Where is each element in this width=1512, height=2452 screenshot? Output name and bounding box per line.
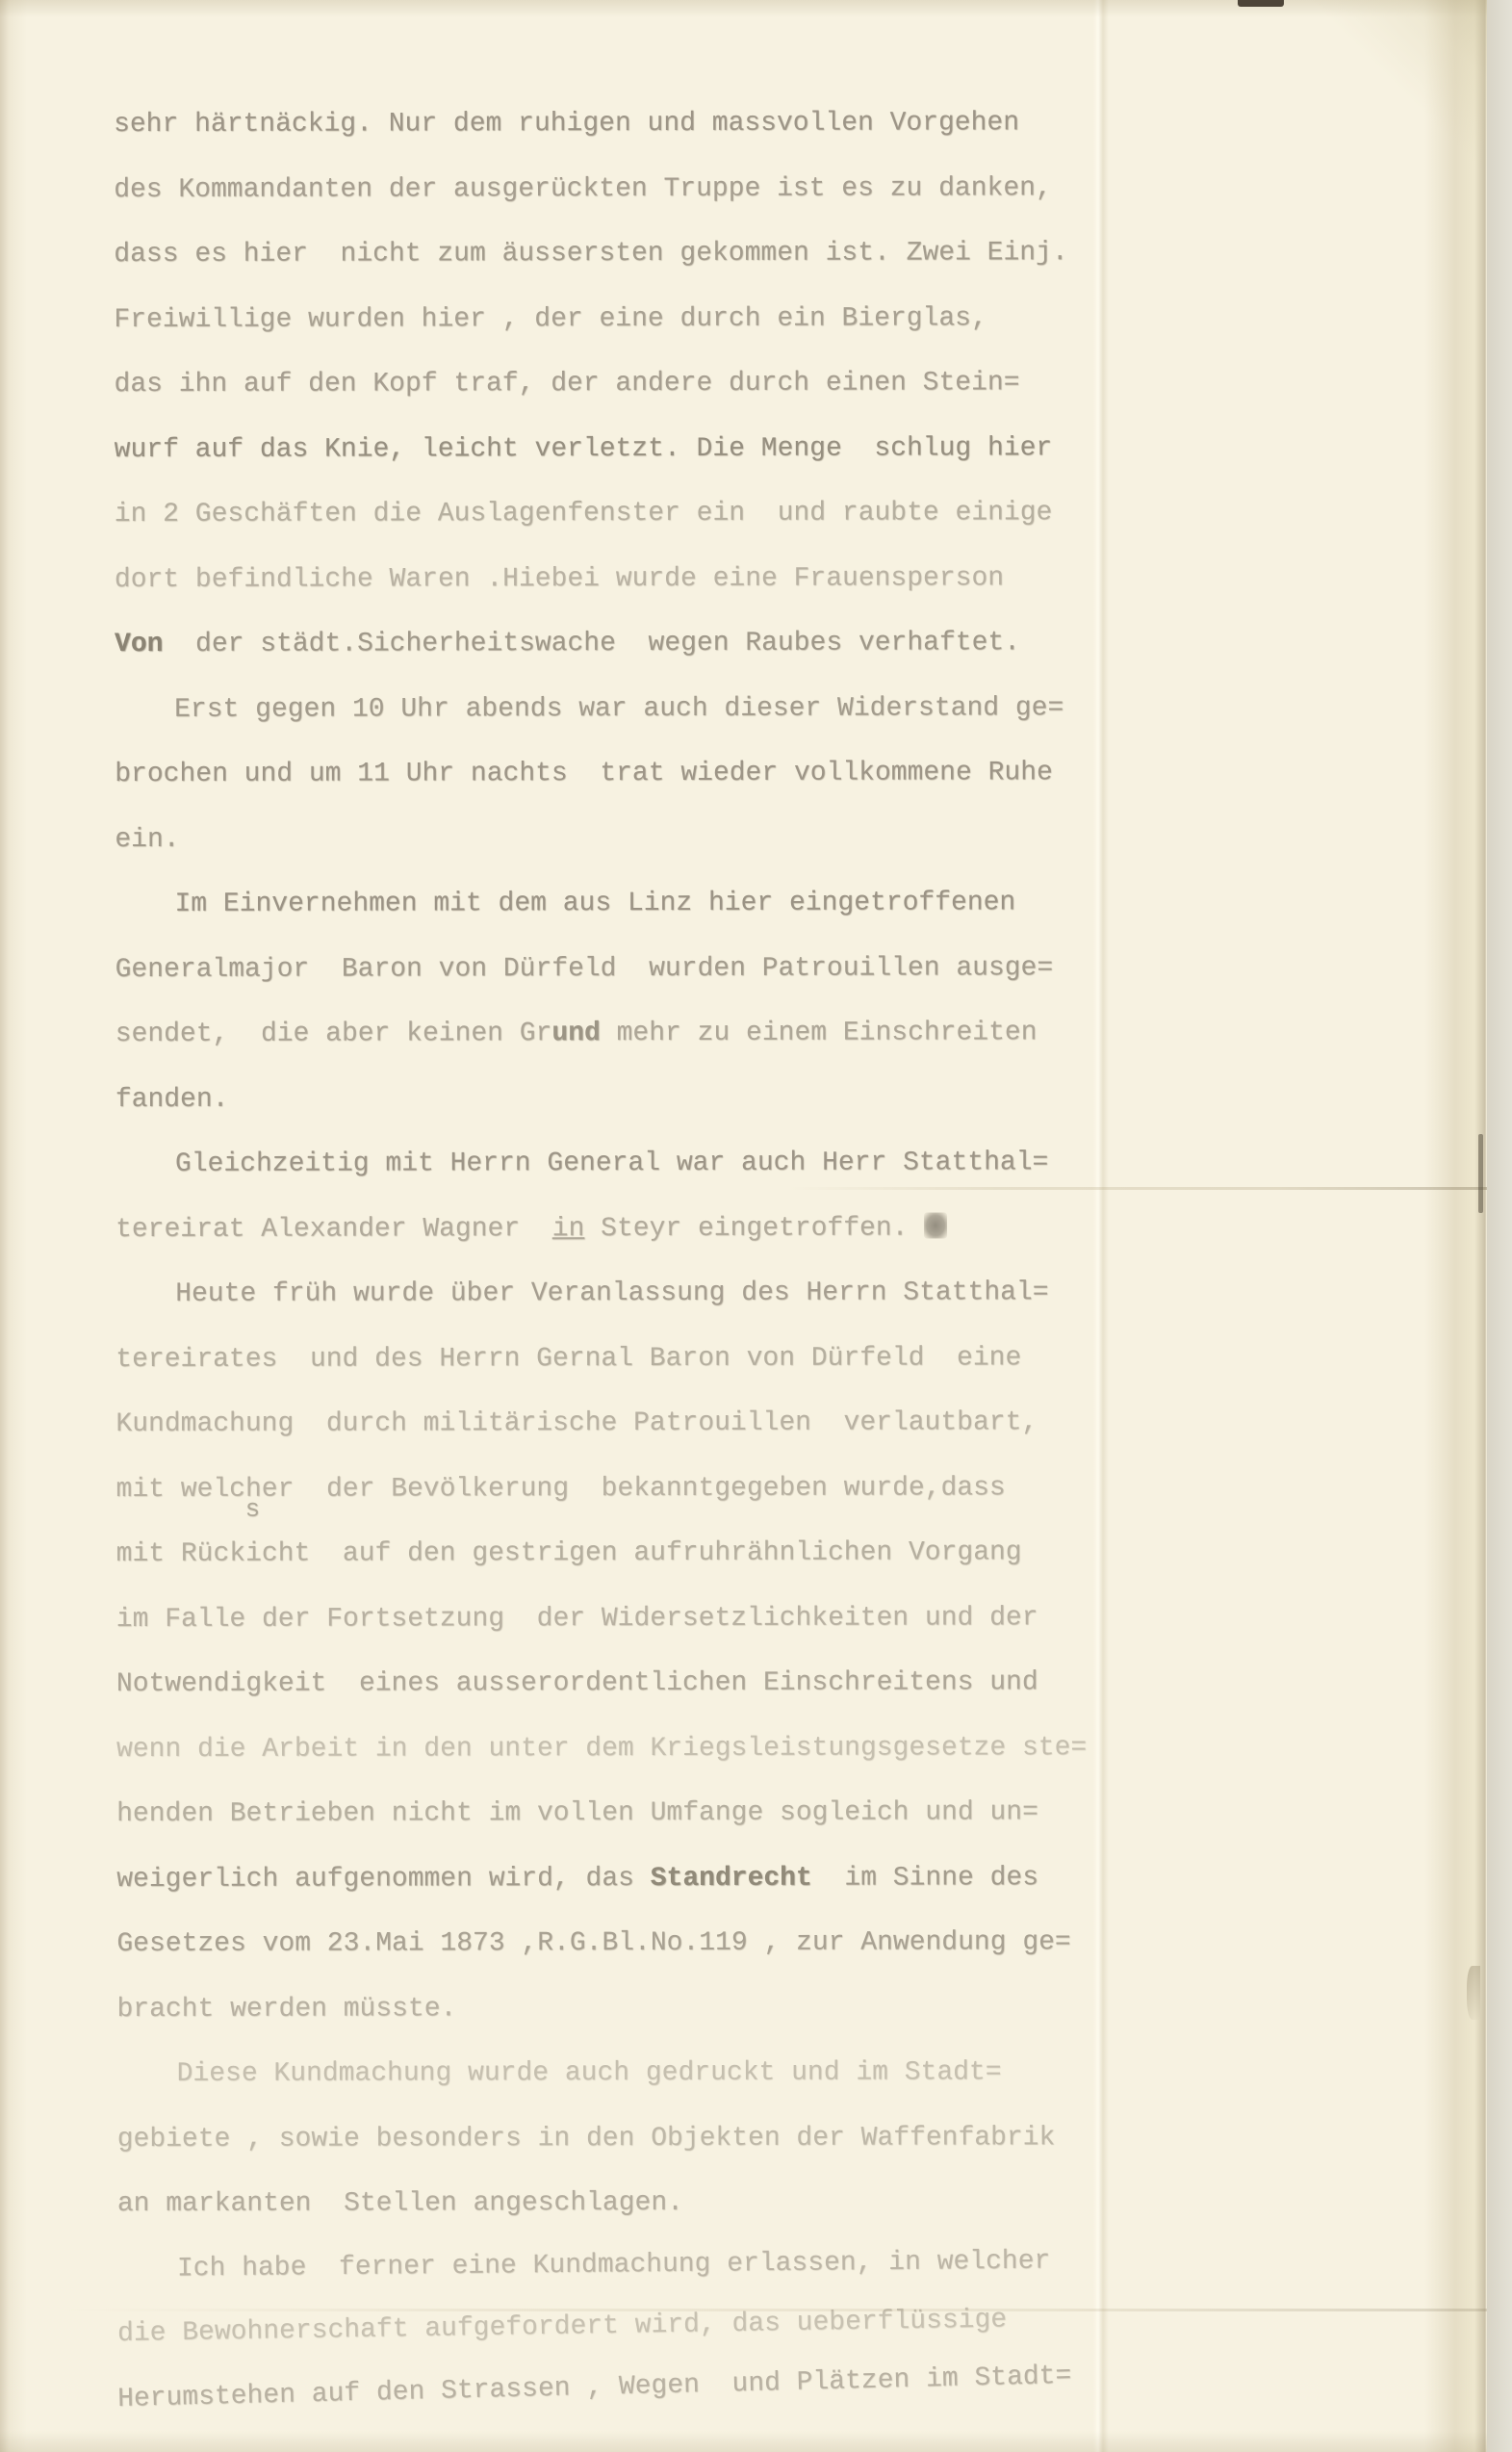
text-line: im Falle der Fortsetzung der Widersetzli… [116,1585,1397,1652]
text-segment: tereirat Alexander Wagner [115,1214,552,1245]
text-segment: wenn die Arbeit in den unter dem Kriegsl… [116,1733,1087,1765]
text-line: Von der städt.Sicherheitswache wegen Rau… [115,610,1395,678]
text-segment: das ihn auf den Kopf traf, der andere du… [115,368,1020,400]
typewritten-text: sehr härtnäckig. Nur dem ruhigen und mas… [114,90,1397,2432]
text-line: sendet, die aber keinen Grund mehr zu ei… [115,1000,1396,1068]
text-line: Kundmachung durch militärische Patrouill… [115,1390,1396,1458]
text-segment: im Sinne des [812,1863,1038,1893]
inserted-correction-char: s [245,1497,261,1522]
text-line: dort befindliche Waren .Hiebei wurde ein… [115,545,1395,612]
text-segment: Herumstehen auf den Strassen , Wegen und… [117,2361,1072,2413]
text-segment: Gleichzeitig mit Herrn General war auch … [175,1148,1048,1179]
text-line: Generalmajor Baron von Dürfeld wurden Pa… [115,935,1396,1002]
text-segment: mehr zu einem Einschreiten [601,1018,1038,1048]
text-segment: und [551,1019,600,1048]
text-segment: dass es hier nicht zum äussersten gekomm… [114,238,1067,270]
text-segment: Generalmajor Baron von Dürfeld wurden Pa… [115,953,1054,985]
text-segment: Ich habe ferner eine Kundmachung erlasse… [177,2246,1051,2284]
text-segment: weigerlich aufgenommen wird, das [116,1864,651,1895]
text-line: ein. [115,805,1395,872]
scanner-mark [1238,0,1284,7]
text-segment: brochen und um 11 Uhr nachts trat wieder… [115,758,1053,789]
text-line: Gesetzes vom 23.Mai 1873 ,R.G.Bl.No.119 … [116,1910,1397,1977]
ink-smudge [924,1212,947,1238]
text-segment: Gesetzes vom 23.Mai 1873 ,R.G.Bl.No.119 … [116,1927,1070,1959]
text-line: Im Einvernehmen mit dem aus Linz hier ei… [115,870,1395,938]
text-line: tereirates und des Herrn Gernal Baron vo… [115,1325,1396,1392]
text-line: brochen und um 11 Uhr nachts trat wieder… [115,740,1395,808]
text-segment: fanden. [115,1084,229,1114]
text-line: fanden. [115,1065,1396,1132]
text-segment: Im Einvernehmen mit dem aus Linz hier ei… [174,888,1015,919]
scan-canvas: sehr härtnäckig. Nur dem ruhigen und mas… [0,0,1512,2452]
text-segment: wurf auf das Knie, leicht verletzt. Die … [115,433,1053,465]
text-segment: bracht werden müsste. [116,1994,456,2025]
text-segment: im Falle der Fortsetzung der Widersetzli… [116,1603,1038,1635]
text-segment: Erst gegen 10 Uhr abends war auch dieser… [174,693,1064,725]
text-segment: des Kommandanten der ausgerückten Truppe… [114,173,1052,205]
text-segment: an markanten Stellen angeschlagen. [117,2188,683,2219]
text-line: gebiete , sowie besonders in den Objekte… [117,2104,1397,2172]
text-line: Freiwillige wurden hier , der eine durch… [114,285,1394,352]
text-line: Heute früh wurde über Veranlassung des H… [115,1260,1396,1328]
text-segment: Von [115,630,163,659]
text-line: des Kommandanten der ausgerückten Truppe… [114,155,1394,222]
text-segment: Freiwillige wurden hier , der eine durch… [114,303,987,335]
text-line: Erst gegen 10 Uhr abends war auch dieser… [115,675,1395,742]
text-line: wurf auf das Knie, leicht verletzt. Die … [115,415,1395,482]
text-segment: in 2 Geschäften die Auslagenfenster ein … [115,498,1053,529]
page-edge-mark [1478,1134,1483,1213]
scanner-background-strip [1487,0,1512,2452]
text-line: Notwendigkeit eines ausserordentlichen E… [116,1650,1397,1717]
text-line: weigerlich aufgenommen wird, das Standre… [116,1845,1397,1912]
text-line: bracht werden müsste. [116,1975,1397,2042]
text-segment: Steyr eingetroffen. [584,1213,924,1244]
text-segment: dort befindliche Waren .Hiebei wurde ein… [115,563,1004,595]
text-line: in 2 Geschäften die Auslagenfenster ein … [115,480,1395,548]
text-segment: die Bewohnerschaft aufgefordert wird, da… [117,2305,1008,2349]
text-segment: henden Betrieben nicht im vollen Umfange… [116,1797,1038,1829]
text-line: mit Rückicht auf den gestrigen aufruhräh… [116,1520,1397,1587]
text-line: wenn die Arbeit in den unter dem Kriegsl… [116,1715,1397,1782]
text-line: sehr härtnäckig. Nur dem ruhigen und mas… [114,90,1394,158]
text-segment: Kundmachung durch militärische Patrouill… [115,1407,1038,1439]
text-line: tereirat Alexander Wagner in Steyr einge… [115,1195,1396,1262]
text-segment: Standrecht [651,1863,812,1893]
text-line: das ihn auf den Kopf traf, der andere du… [114,350,1394,418]
text-segment: sendet, die aber keinen Gr [115,1019,552,1049]
text-segment: Notwendigkeit eines ausserordentlichen E… [116,1667,1038,1699]
text-segment: Heute früh wurde über Veranlassung des H… [175,1278,1048,1309]
text-line: dass es hier nicht zum äussersten gekomm… [114,220,1394,288]
text-segment: sehr härtnäckig. Nur dem ruhigen und mas… [114,108,1019,140]
text-segment: in [552,1214,585,1244]
text-segment: gebiete , sowie besonders in den Objekte… [117,2123,1056,2155]
text-segment: ein. [115,824,179,854]
text-segment: Diese Kundmachung wurde auch gedruckt un… [177,2057,1002,2088]
text-line: henden Betrieben nicht im vollen Umfange… [116,1780,1397,1847]
page-edge-mark [1467,1966,1480,2020]
document-page: sehr härtnäckig. Nur dem ruhigen und mas… [0,0,1487,2452]
text-segment: der städt.Sicherheitswache wegen Raubes … [163,628,1020,659]
text-line: Gleichzeitig mit Herrn General war auch … [115,1130,1396,1198]
text-line: mit welcher der Bevölkerung bekanntgegeb… [115,1455,1396,1522]
text-line: an markanten Stellen angeschlagen. [117,2170,1397,2237]
text-segment: mit Rückicht auf den gestrigen aufruhräh… [116,1537,1022,1569]
text-line: Diese Kundmachung wurde auch gedruckt un… [117,2040,1397,2107]
text-segment: tereirates und des Herrn Gernal Baron vo… [115,1343,1021,1375]
